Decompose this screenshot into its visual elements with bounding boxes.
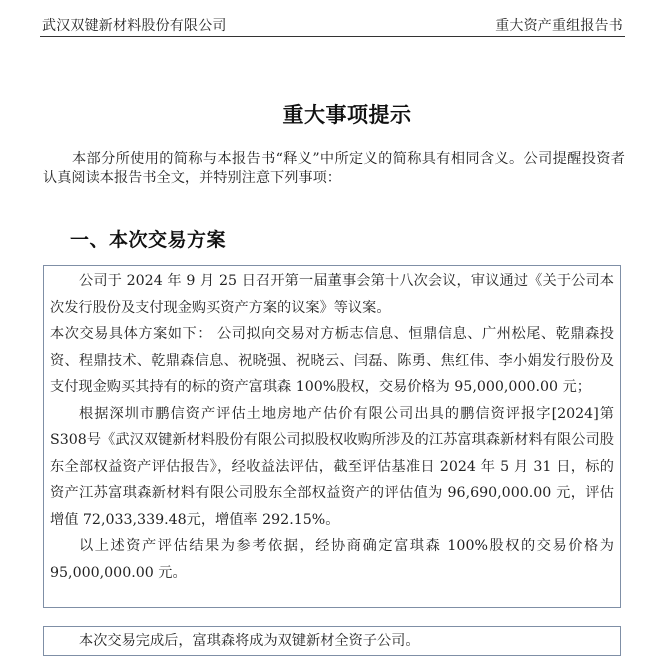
header-report-title: 重大资产重组报告书 <box>495 16 623 36</box>
board-resolution-paragraph: 公司于 2024 年 9 月 25 日召开第一届董事会第十八次会议，审议通过《关… <box>50 268 614 321</box>
intro-paragraph-container: 本部分所使用的简称与本报告书“释义”中所定义的简称具有相同含义。公司提醒投资者认… <box>43 150 625 188</box>
header-company-name: 武汉双键新材料股份有限公司 <box>42 16 227 36</box>
transaction-result-box: 本次交易完成后，富琪森将成为双键新材全资子公司。 <box>43 626 621 656</box>
transaction-plan-box: 公司于 2024 年 9 月 25 日召开第一届董事会第十八次会议，审议通过《关… <box>43 265 621 608</box>
transaction-result-paragraph: 本次交易完成后，富琪森将成为双键新材全资子公司。 <box>50 627 614 655</box>
document-title: 重大事项提示 <box>0 102 660 128</box>
intro-paragraph: 本部分所使用的简称与本报告书“释义”中所定义的简称具有相同含义。公司提醒投资者认… <box>43 150 625 188</box>
section-heading-transaction-plan: 一、本次交易方案 <box>70 228 226 252</box>
transaction-detail-paragraph: 本次交易具体方案如下： 公司拟向交易对方栃志信息、恒鼎信息、广州松尾、乾鼎森投资… <box>50 321 614 401</box>
appraisal-paragraph: 根据深圳市鹏信资产评估土地房地产估价有限公司出具的鹏信资评报字[2024]第 S… <box>50 401 614 534</box>
pricing-paragraph: 以上述资产评估结果为参考依据，经协商确定富琪森 100%股权的交易价格为95,0… <box>50 533 614 586</box>
page-header: 武汉双键新材料股份有限公司 重大资产重组报告书 <box>40 14 625 37</box>
